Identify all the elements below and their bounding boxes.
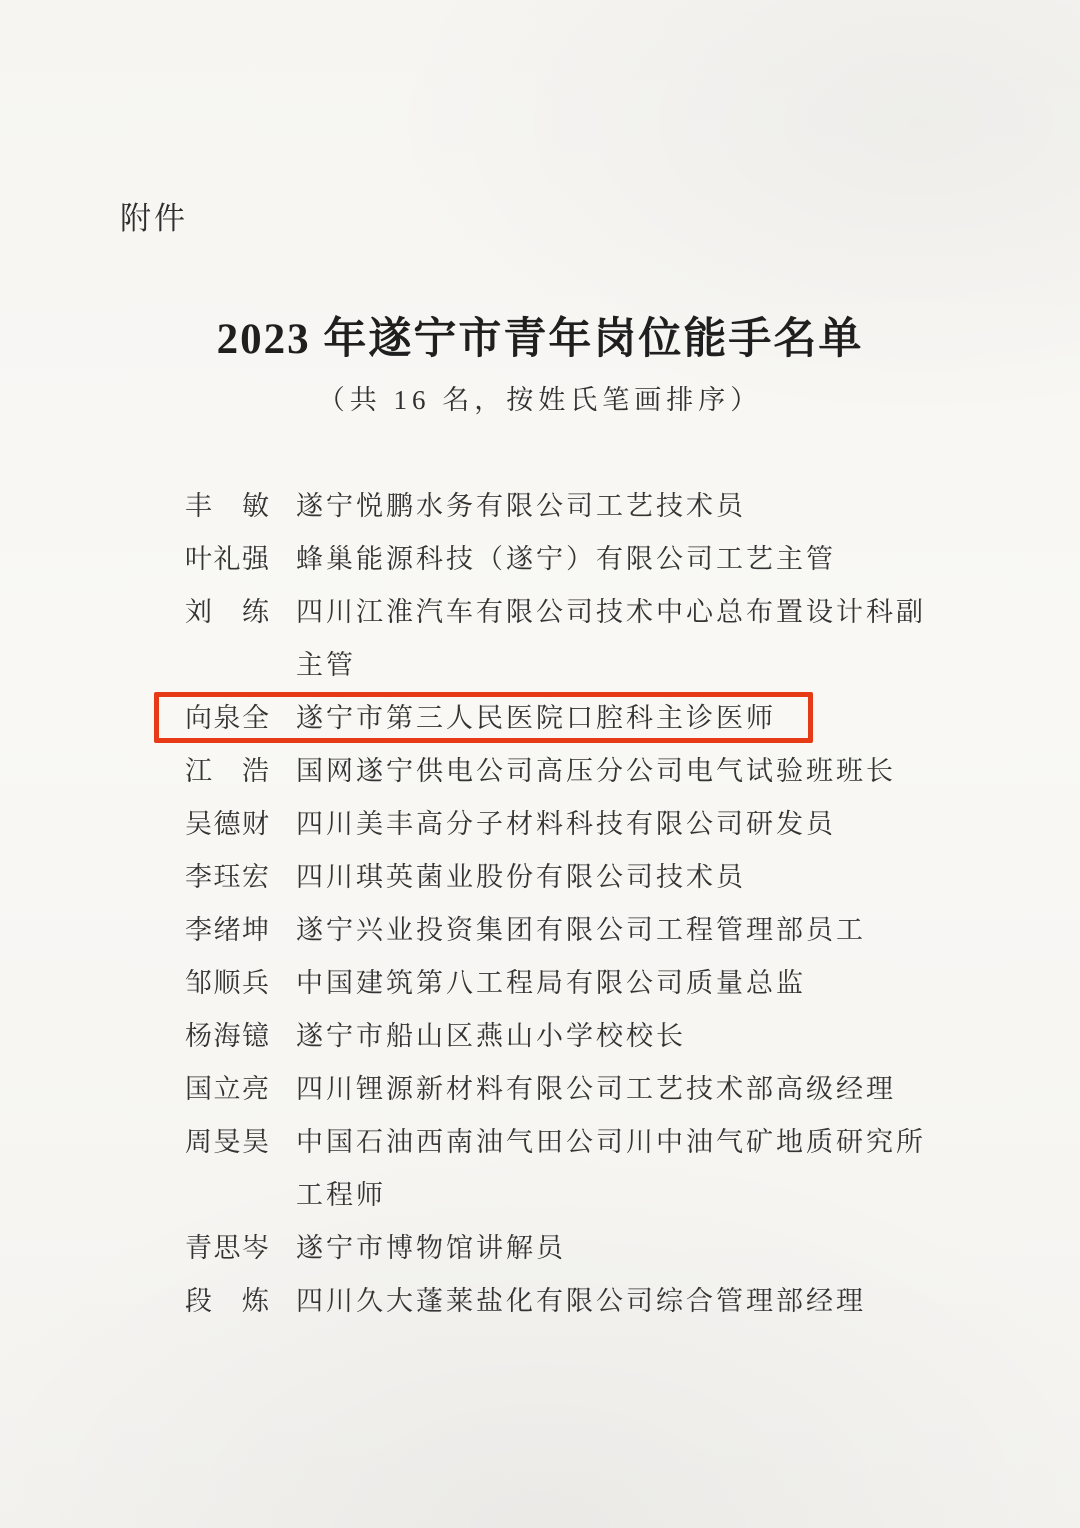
list-item: 丰敏 遂宁悦鹏水务有限公司工艺技术员	[185, 480, 955, 533]
recipient-name: 李绪坤	[185, 904, 269, 957]
list-item: 李珏宏 四川琪英菌业股份有限公司技术员	[185, 851, 955, 904]
list-item: 叶礼强 蜂巢能源科技（遂宁）有限公司工艺主管	[185, 533, 955, 586]
recipient-name: 国立亮	[185, 1063, 269, 1116]
recipient-name: 江浩	[185, 745, 269, 798]
attachment-label: 附件	[120, 193, 188, 238]
recipient-name: 叶礼强	[185, 533, 269, 586]
recipient-position: 蜂巢能源科技（遂宁）有限公司工艺主管	[296, 533, 948, 586]
recipient-position: 中国建筑第八工程局有限公司质量总监	[296, 957, 948, 1010]
recipient-position: 遂宁兴业投资集团有限公司工程管理部员工	[296, 904, 948, 957]
recipient-position: 四川江淮汽车有限公司技术中心总布置设计科副主管	[296, 586, 948, 692]
recipient-name: 刘练	[185, 586, 269, 639]
recipient-name: 段炼	[185, 1275, 269, 1328]
recipient-position: 中国石油西南油气田公司川中油气矿地质研究所工程师	[296, 1116, 948, 1222]
recipient-name: 向泉全	[185, 692, 269, 745]
list-item: 吴德财 四川美丰高分子材料科技有限公司研发员	[185, 798, 955, 851]
document-title: 2023 年遂宁市青年岗位能手名单	[0, 305, 1080, 366]
recipient-name: 丰敏	[185, 480, 269, 533]
recipient-name: 吴德财	[185, 798, 269, 851]
list-item: 刘练 四川江淮汽车有限公司技术中心总布置设计科副主管	[185, 586, 955, 692]
list-item: 邹顺兵 中国建筑第八工程局有限公司质量总监	[185, 957, 955, 1010]
recipient-position: 遂宁市博物馆讲解员	[296, 1222, 948, 1275]
recipient-position: 遂宁市第三人民医院口腔科主诊医师	[296, 692, 948, 745]
document-page: 附件 2023 年遂宁市青年岗位能手名单 （共 16 名，按姓氏笔画排序） 丰敏…	[0, 0, 1080, 1528]
recipient-position: 遂宁市船山区燕山小学校校长	[296, 1010, 948, 1063]
recipient-position: 遂宁悦鹏水务有限公司工艺技术员	[296, 480, 948, 533]
list-item: 周旻昊 中国石油西南油气田公司川中油气矿地质研究所工程师	[185, 1116, 955, 1222]
recipient-name: 邹顺兵	[185, 957, 269, 1010]
list-item: 青思岑 遂宁市博物馆讲解员	[185, 1222, 955, 1275]
list-item: 段炼 四川久大蓬莱盐化有限公司综合管理部经理	[185, 1275, 955, 1328]
list-item: 李绪坤 遂宁兴业投资集团有限公司工程管理部员工	[185, 904, 955, 957]
recipient-position: 四川久大蓬莱盐化有限公司综合管理部经理	[296, 1275, 948, 1328]
recipient-position: 四川琪英菌业股份有限公司技术员	[296, 851, 948, 904]
list-item: 杨海镱 遂宁市船山区燕山小学校校长	[185, 1010, 955, 1063]
recipient-name: 李珏宏	[185, 851, 269, 904]
recipient-position: 四川美丰高分子材料科技有限公司研发员	[296, 798, 948, 851]
document-subtitle: （共 16 名，按姓氏笔画排序）	[0, 378, 1080, 417]
list-item: 国立亮 四川锂源新材料有限公司工艺技术部高级经理	[185, 1063, 955, 1116]
recipient-name: 青思岑	[185, 1222, 269, 1275]
recipient-position: 四川锂源新材料有限公司工艺技术部高级经理	[296, 1063, 948, 1116]
recipient-position: 国网遂宁供电公司高压分公司电气试验班班长	[296, 745, 948, 798]
list-item: 江浩 国网遂宁供电公司高压分公司电气试验班班长	[185, 745, 955, 798]
list-item: 向泉全 遂宁市第三人民医院口腔科主诊医师	[185, 692, 955, 745]
recipient-name: 杨海镱	[185, 1010, 269, 1063]
recipient-list: 丰敏 遂宁悦鹏水务有限公司工艺技术员 叶礼强 蜂巢能源科技（遂宁）有限公司工艺主…	[185, 480, 955, 1328]
recipient-name: 周旻昊	[185, 1116, 269, 1169]
